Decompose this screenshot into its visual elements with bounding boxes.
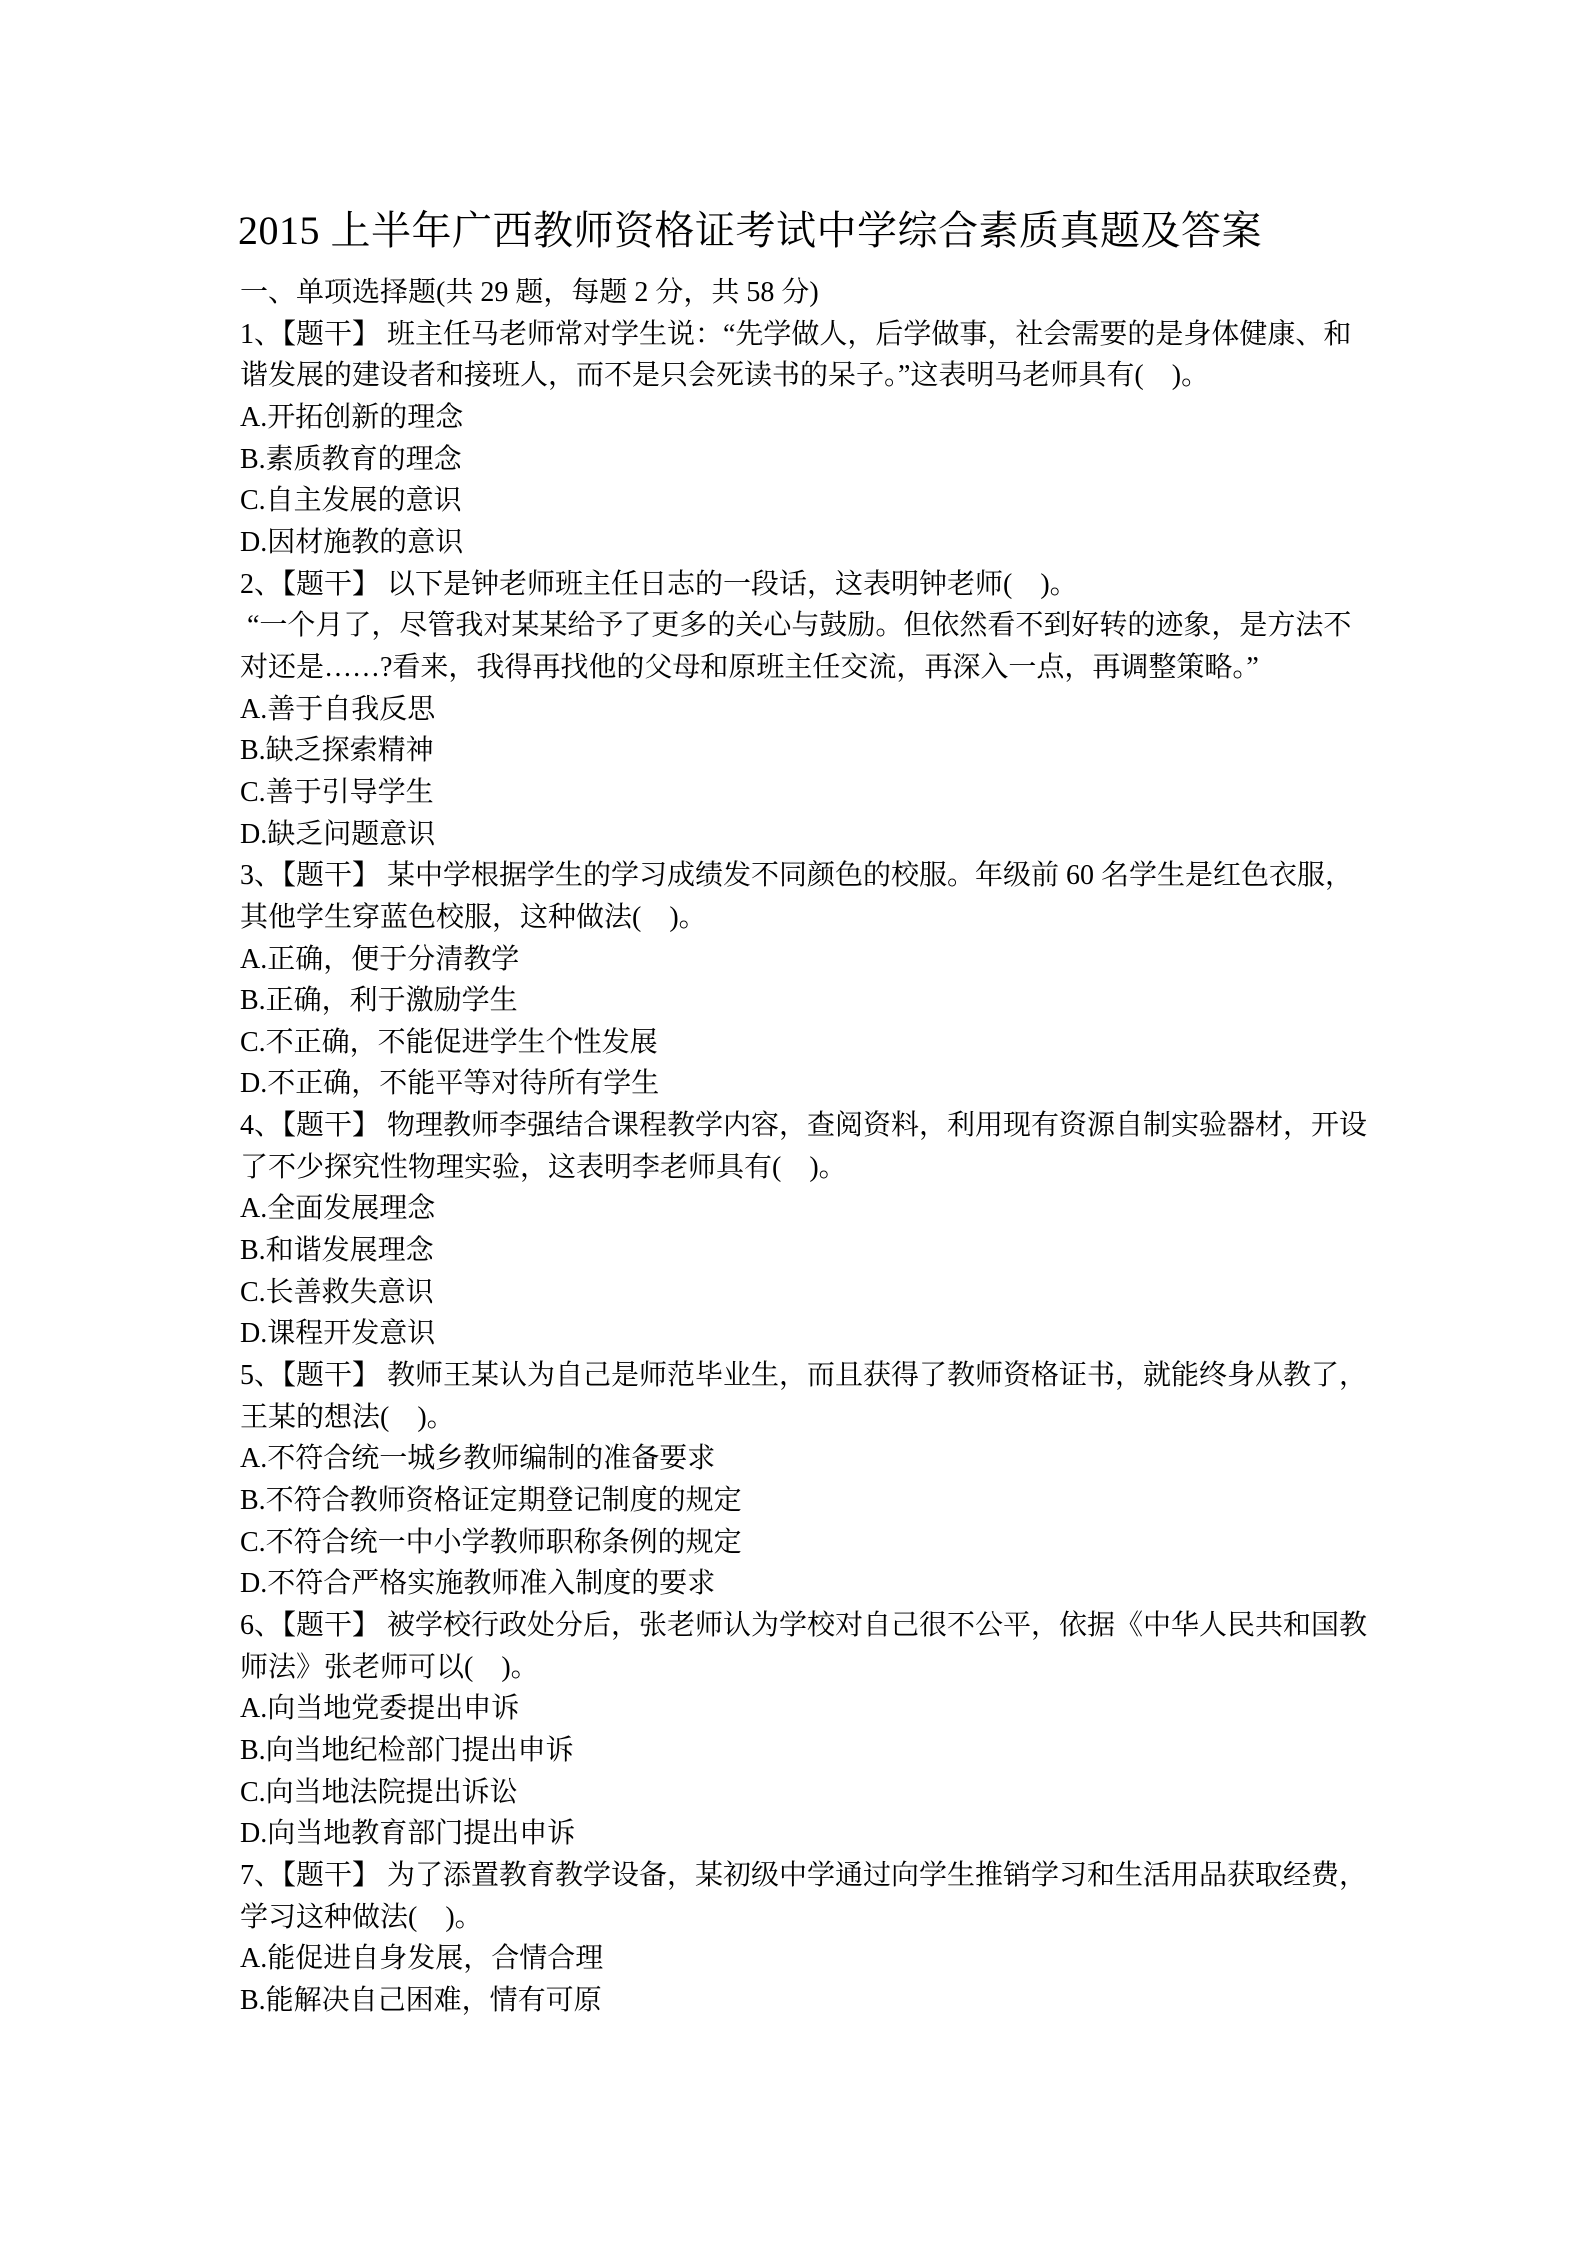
question-5-option-c: C.不符合统一中小学教师职称条例的规定 (240, 1522, 1410, 1564)
question-4: 4、【题干】 物理教师李强结合课程教学内容，查阅资料，利用现有资源自制实验器材，… (240, 1105, 1410, 1355)
question-2-option-c: C.善于引导学生 (240, 772, 1410, 814)
question-2-quote-line-1: “一个月了，尽管我对某某给予了更多的关心与鼓励。但依然看不到好转的迹象，是方法不 (240, 605, 1410, 647)
question-6-option-a: A.向当地党委提出申诉 (240, 1688, 1410, 1730)
question-4-option-b: B.和谐发展理念 (240, 1230, 1410, 1272)
question-7-stem-line-2: 学习这种做法( )。 (240, 1897, 1410, 1939)
question-4-option-d: D.课程开发意识 (240, 1313, 1410, 1355)
question-3: 3、【题干】 某中学根据学生的学习成绩发不同颜色的校服。年级前 60 名学生是红… (240, 855, 1410, 1105)
question-7: 7、【题干】 为了添置教育教学设备，某初级中学通过向学生推销学习和生活用品获取经… (240, 1855, 1410, 2022)
question-4-option-c: C.长善救失意识 (240, 1272, 1410, 1314)
question-3-option-c: C.不正确，不能促进学生个性发展 (240, 1022, 1410, 1064)
question-7-stem-line-1: 7、【题干】 为了添置教育教学设备，某初级中学通过向学生推销学习和生活用品获取经… (240, 1855, 1410, 1897)
question-3-stem-line-1: 3、【题干】 某中学根据学生的学习成绩发不同颜色的校服。年级前 60 名学生是红… (240, 855, 1410, 897)
question-5-option-b: B.不符合教师资格证定期登记制度的规定 (240, 1480, 1410, 1522)
question-6-stem-line-2: 师法》张老师可以( )。 (240, 1647, 1410, 1689)
question-4-option-a: A.全面发展理念 (240, 1188, 1410, 1230)
question-2-option-d: D.缺乏问题意识 (240, 814, 1410, 856)
question-6-stem-line-1: 6、【题干】 被学校行政处分后，张老师认为学校对自己很不公平，依据《中华人民共和… (240, 1605, 1410, 1647)
question-2-option-b: B.缺乏探索精神 (240, 730, 1410, 772)
question-3-stem-line-2: 其他学生穿蓝色校服，这种做法( )。 (240, 897, 1410, 939)
question-5-option-a: A.不符合统一城乡教师编制的准备要求 (240, 1438, 1410, 1480)
question-1-option-d: D.因材施教的意识 (240, 522, 1410, 564)
question-5-stem-line-2: 王某的想法( )。 (240, 1397, 1410, 1439)
question-6-option-c: C.向当地法院提出诉讼 (240, 1772, 1410, 1814)
question-6-option-b: B.向当地纪检部门提出申诉 (240, 1730, 1410, 1772)
question-2-quote-line-2: 对还是……?看来，我得再找他的父母和原班主任交流，再深入一点，再调整策略。” (240, 647, 1410, 689)
document-page: 2015 上半年广西教师资格证考试中学综合素质真题及答案 一、单项选择题(共 2… (0, 0, 1586, 2244)
question-5-stem-line-1: 5、【题干】 教师王某认为自己是师范毕业生，而且获得了教师资格证书，就能终身从教… (240, 1355, 1410, 1397)
question-1-option-c: C.自主发展的意识 (240, 480, 1410, 522)
question-4-stem-line-2: 了不少探究性物理实验，这表明李老师具有( )。 (240, 1147, 1410, 1189)
question-2-option-a: A.善于自我反思 (240, 689, 1410, 731)
question-7-option-a: A.能促进自身发展，合情合理 (240, 1938, 1410, 1980)
question-3-option-d: D.不正确，不能平等对待所有学生 (240, 1063, 1410, 1105)
document-body: 一、单项选择题(共 29 题，每题 2 分，共 58 分) 1、【题干】 班主任… (240, 272, 1410, 2022)
question-1-option-a: A.开拓创新的理念 (240, 397, 1410, 439)
question-7-option-b: B.能解决自己困难，情有可原 (240, 1980, 1410, 2022)
question-4-stem-line-1: 4、【题干】 物理教师李强结合课程教学内容，查阅资料，利用现有资源自制实验器材，… (240, 1105, 1410, 1147)
question-2-stem-line-1: 2、【题干】 以下是钟老师班主任日志的一段话，这表明钟老师( )。 (240, 564, 1410, 606)
question-1-option-b: B.素质教育的理念 (240, 439, 1410, 481)
question-3-option-a: A.正确，便于分清教学 (240, 939, 1410, 981)
question-1: 1、【题干】 班主任马老师常对学生说：“先学做人，后学做事，社会需要的是身体健康… (240, 314, 1410, 564)
question-2: 2、【题干】 以下是钟老师班主任日志的一段话，这表明钟老师( )。 “一个月了，… (240, 564, 1410, 856)
question-5-option-d: D.不符合严格实施教师准入制度的要求 (240, 1563, 1410, 1605)
question-5: 5、【题干】 教师王某认为自己是师范毕业生，而且获得了教师资格证书，就能终身从教… (240, 1355, 1410, 1605)
section-heading: 一、单项选择题(共 29 题，每题 2 分，共 58 分) (240, 272, 1410, 314)
page-title: 2015 上半年广西教师资格证考试中学综合素质真题及答案 (238, 203, 1262, 259)
question-6: 6、【题干】 被学校行政处分后，张老师认为学校对自己很不公平，依据《中华人民共和… (240, 1605, 1410, 1855)
question-1-stem-line-1: 1、【题干】 班主任马老师常对学生说：“先学做人，后学做事，社会需要的是身体健康… (240, 314, 1410, 356)
question-1-stem-line-2: 谐发展的建设者和接班人，而不是只会死读书的呆子。”这表明马老师具有( )。 (240, 355, 1410, 397)
question-3-option-b: B.正确，利于激励学生 (240, 980, 1410, 1022)
question-6-option-d: D.向当地教育部门提出申诉 (240, 1813, 1410, 1855)
